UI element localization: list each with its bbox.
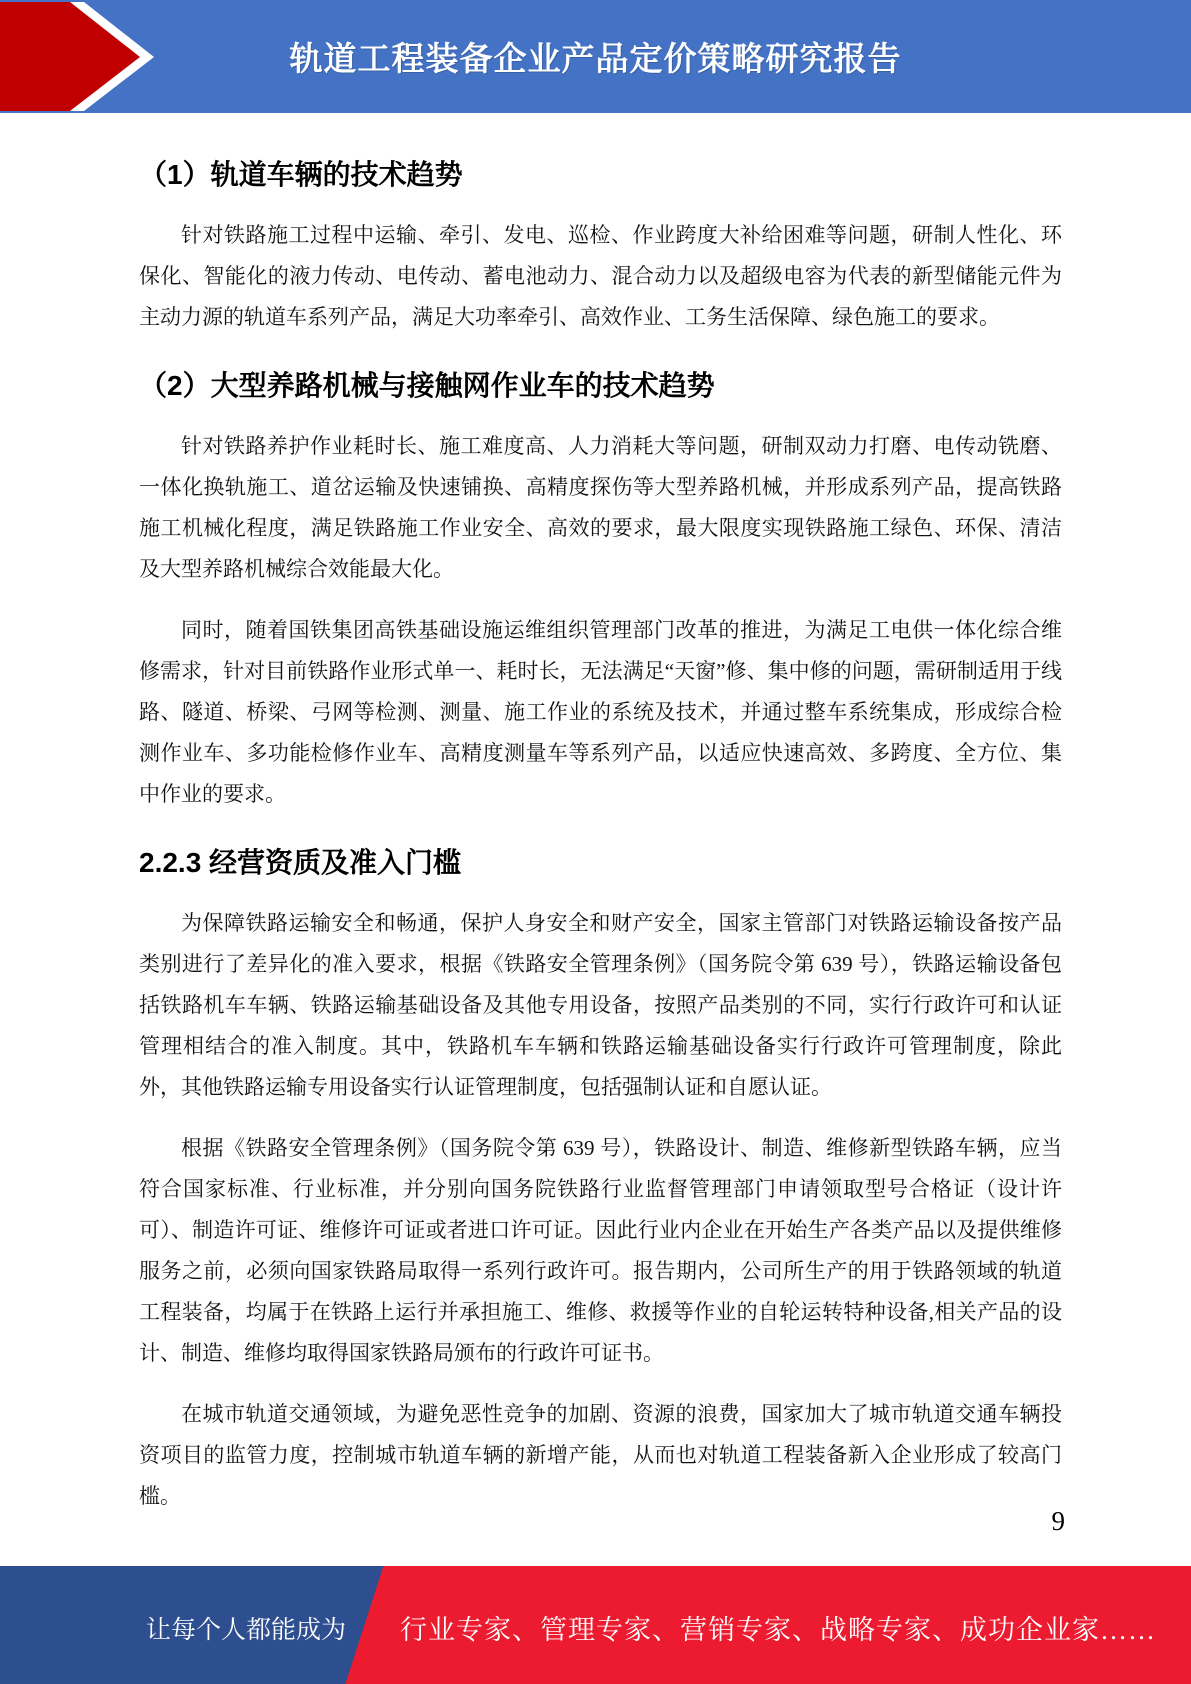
document-body: （1）轨道车辆的技术趋势 针对铁路施工过程中运输、牵引、发电、巡检、作业跨度大补… [0, 113, 1191, 1537]
section-heading-2: （2）大型养路机械与接触网作业车的技术趋势 [139, 366, 1062, 406]
paragraph: 针对铁路施工过程中运输、牵引、发电、巡检、作业跨度大补给困难等问题，研制人性化、… [139, 215, 1062, 338]
report-title: 轨道工程装备企业产品定价策略研究报告 [0, 0, 1191, 113]
paragraph: 在城市轨道交通领域，为避免恶性竞争的加剧、资源的浪费，国家加大了城市轨道交通车辆… [139, 1394, 1062, 1517]
paragraph: 根据《铁路安全管理条例》（国务院令第 639 号），铁路设计、制造、维修新型铁路… [139, 1128, 1062, 1374]
paragraph: 为保障铁路运输安全和畅通，保护人身安全和财产安全，国家主管部门对铁路运输设备按产… [139, 903, 1062, 1108]
page-footer: 让每个人都能成为 行业专家、管理专家、营销专家、战略专家、成功企业家…… [0, 1566, 1191, 1684]
report-page: 轨道工程装备企业产品定价策略研究报告 （1）轨道车辆的技术趋势 针对铁路施工过程… [0, 0, 1191, 1684]
section-heading-1: （1）轨道车辆的技术趋势 [139, 155, 1062, 195]
footer-slogan-right: 行业专家、管理专家、营销专家、战略专家、成功企业家…… [400, 1614, 1156, 1646]
section-heading-2-2-3: 2.2.3 经营资质及准入门槛 [139, 843, 1062, 883]
page-number: 9 [1052, 1506, 1066, 1537]
page-header: 轨道工程装备企业产品定价策略研究报告 [0, 0, 1191, 113]
footer-slogan-left: 让每个人都能成为 [0, 1616, 346, 1646]
paragraph: 同时，随着国铁集团高铁基础设施运维组织管理部门改革的推进，为满足工电供一体化综合… [139, 610, 1062, 815]
paragraph: 针对铁路养护作业耗时长、施工难度高、人力消耗大等问题，研制双动力打磨、电传动铣磨… [139, 426, 1062, 590]
